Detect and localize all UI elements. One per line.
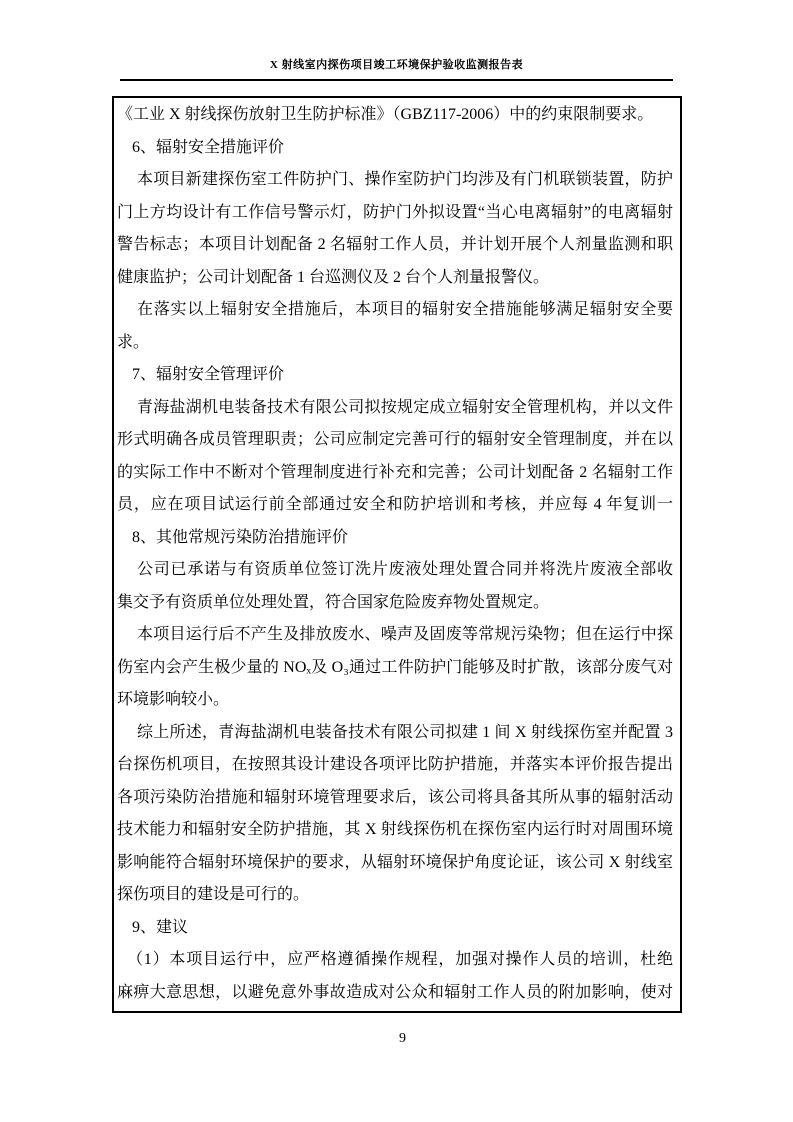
text-line: 8、其他常规污染防治措施评价	[117, 522, 673, 555]
text-line: 求。	[117, 327, 673, 360]
text-line: 《工业 X 射线探伤放射卫生防护标准》（GBZ117-2006）中的约束限制要求…	[117, 99, 673, 132]
text-line: 6、辐射安全措施评价	[117, 132, 673, 165]
text-line: 7、辐射安全管理评价	[117, 359, 673, 392]
text-line: 影响能符合辐射环境保护的要求，从辐射环境保护角度论证，该公司 X 射线室内	[117, 847, 673, 880]
text-line: 的实际工作中不断对个管理制度进行补充和完善；公司计划配备 2 名辐射工作人	[117, 457, 673, 490]
text-line: 公司已承诺与有资质单位签订洗片废液处理处置合同并将洗片废液全部收	[117, 554, 673, 587]
text-line: 健康监护；公司计划配备 1 台巡测仪及 2 台个人剂量报警仪。	[117, 262, 673, 295]
text-line: 警告标志；本项目计划配备 2 名辐射工作人员，并计划开展个人剂量监测和职业	[117, 229, 673, 262]
text-line: 青海盐湖机电装备技术有限公司拟按规定成立辐射安全管理机构，并以文件	[117, 392, 673, 425]
text-line: 集交予有资质单位处理处置，符合国家危险废弃物处置规定。	[117, 587, 673, 620]
text-line: 形式明确各成员管理职责；公司应制定完善可行的辐射安全管理制度，并在以后	[117, 424, 673, 457]
report-table-cell: 《工业 X 射线探伤放射卫生防护标准》（GBZ117-2006）中的约束限制要求…	[112, 96, 682, 1013]
text-line: 探伤项目的建设是可行的。	[117, 879, 673, 912]
text-line: 本项目运行后不产生及排放废水、噪声及固废等常规污染物；但在运行中探	[117, 619, 673, 652]
document-page: X 射线室内探伤项目竣工环境保护验收监测报告表 《工业 X 射线探伤放射卫生防护…	[0, 0, 793, 1122]
document-body: 《工业 X 射线探伤放射卫生防护标准》（GBZ117-2006）中的约束限制要求…	[117, 99, 673, 1009]
text-line: 在落实以上辐射安全措施后，本项目的辐射安全措施能够满足辐射安全要	[117, 294, 673, 327]
text-line: 环境影响较小。	[117, 684, 673, 717]
text-line: 9、建议	[117, 912, 673, 945]
page-title: X 射线室内探伤项目竣工环境保护验收监测报告表	[120, 56, 673, 72]
text-line: 伤室内会产生极少量的 NOₓ及 O₃通过工件防护门能够及时扩散，该部分废气对外	[117, 652, 673, 685]
text-line: 麻痹大意思想，以避免意外事故造成对公众和辐射工作人员的附加影响，使对环	[117, 977, 673, 1010]
page-number: 9	[120, 1031, 685, 1047]
header-divider-line	[120, 79, 673, 81]
text-line: 综上所述，青海盐湖机电装备技术有限公司拟建 1 间 X 射线探伤室并配置 3	[117, 717, 673, 750]
text-line: 本项目新建探伤室工件防护门、操作室防护门均涉及有门机联锁装置，防护	[117, 164, 673, 197]
text-line: 员，应在项目试运行前全部通过安全和防护培训和考核，并应每 4 年复训一次。	[117, 489, 673, 522]
text-line: 各项污染防治措施和辐射环境管理要求后，该公司将具备其所从事的辐射活动的	[117, 782, 673, 815]
text-line: 台探伤机项目，在按照其设计建设各项评比防护措施，并落实本评价报告提出的	[117, 749, 673, 782]
text-line: （1）本项目运行中，应严格遵循操作规程，加强对操作人员的培训，杜绝	[117, 944, 673, 977]
text-line: 门上方均设计有工作信号警示灯，防护门外拟设置“当心电离辐射”的电离辐射	[117, 197, 673, 230]
text-line: 技术能力和辐射安全防护措施，其 X 射线探伤机在探伤室内运行时对周围环境的	[117, 814, 673, 847]
